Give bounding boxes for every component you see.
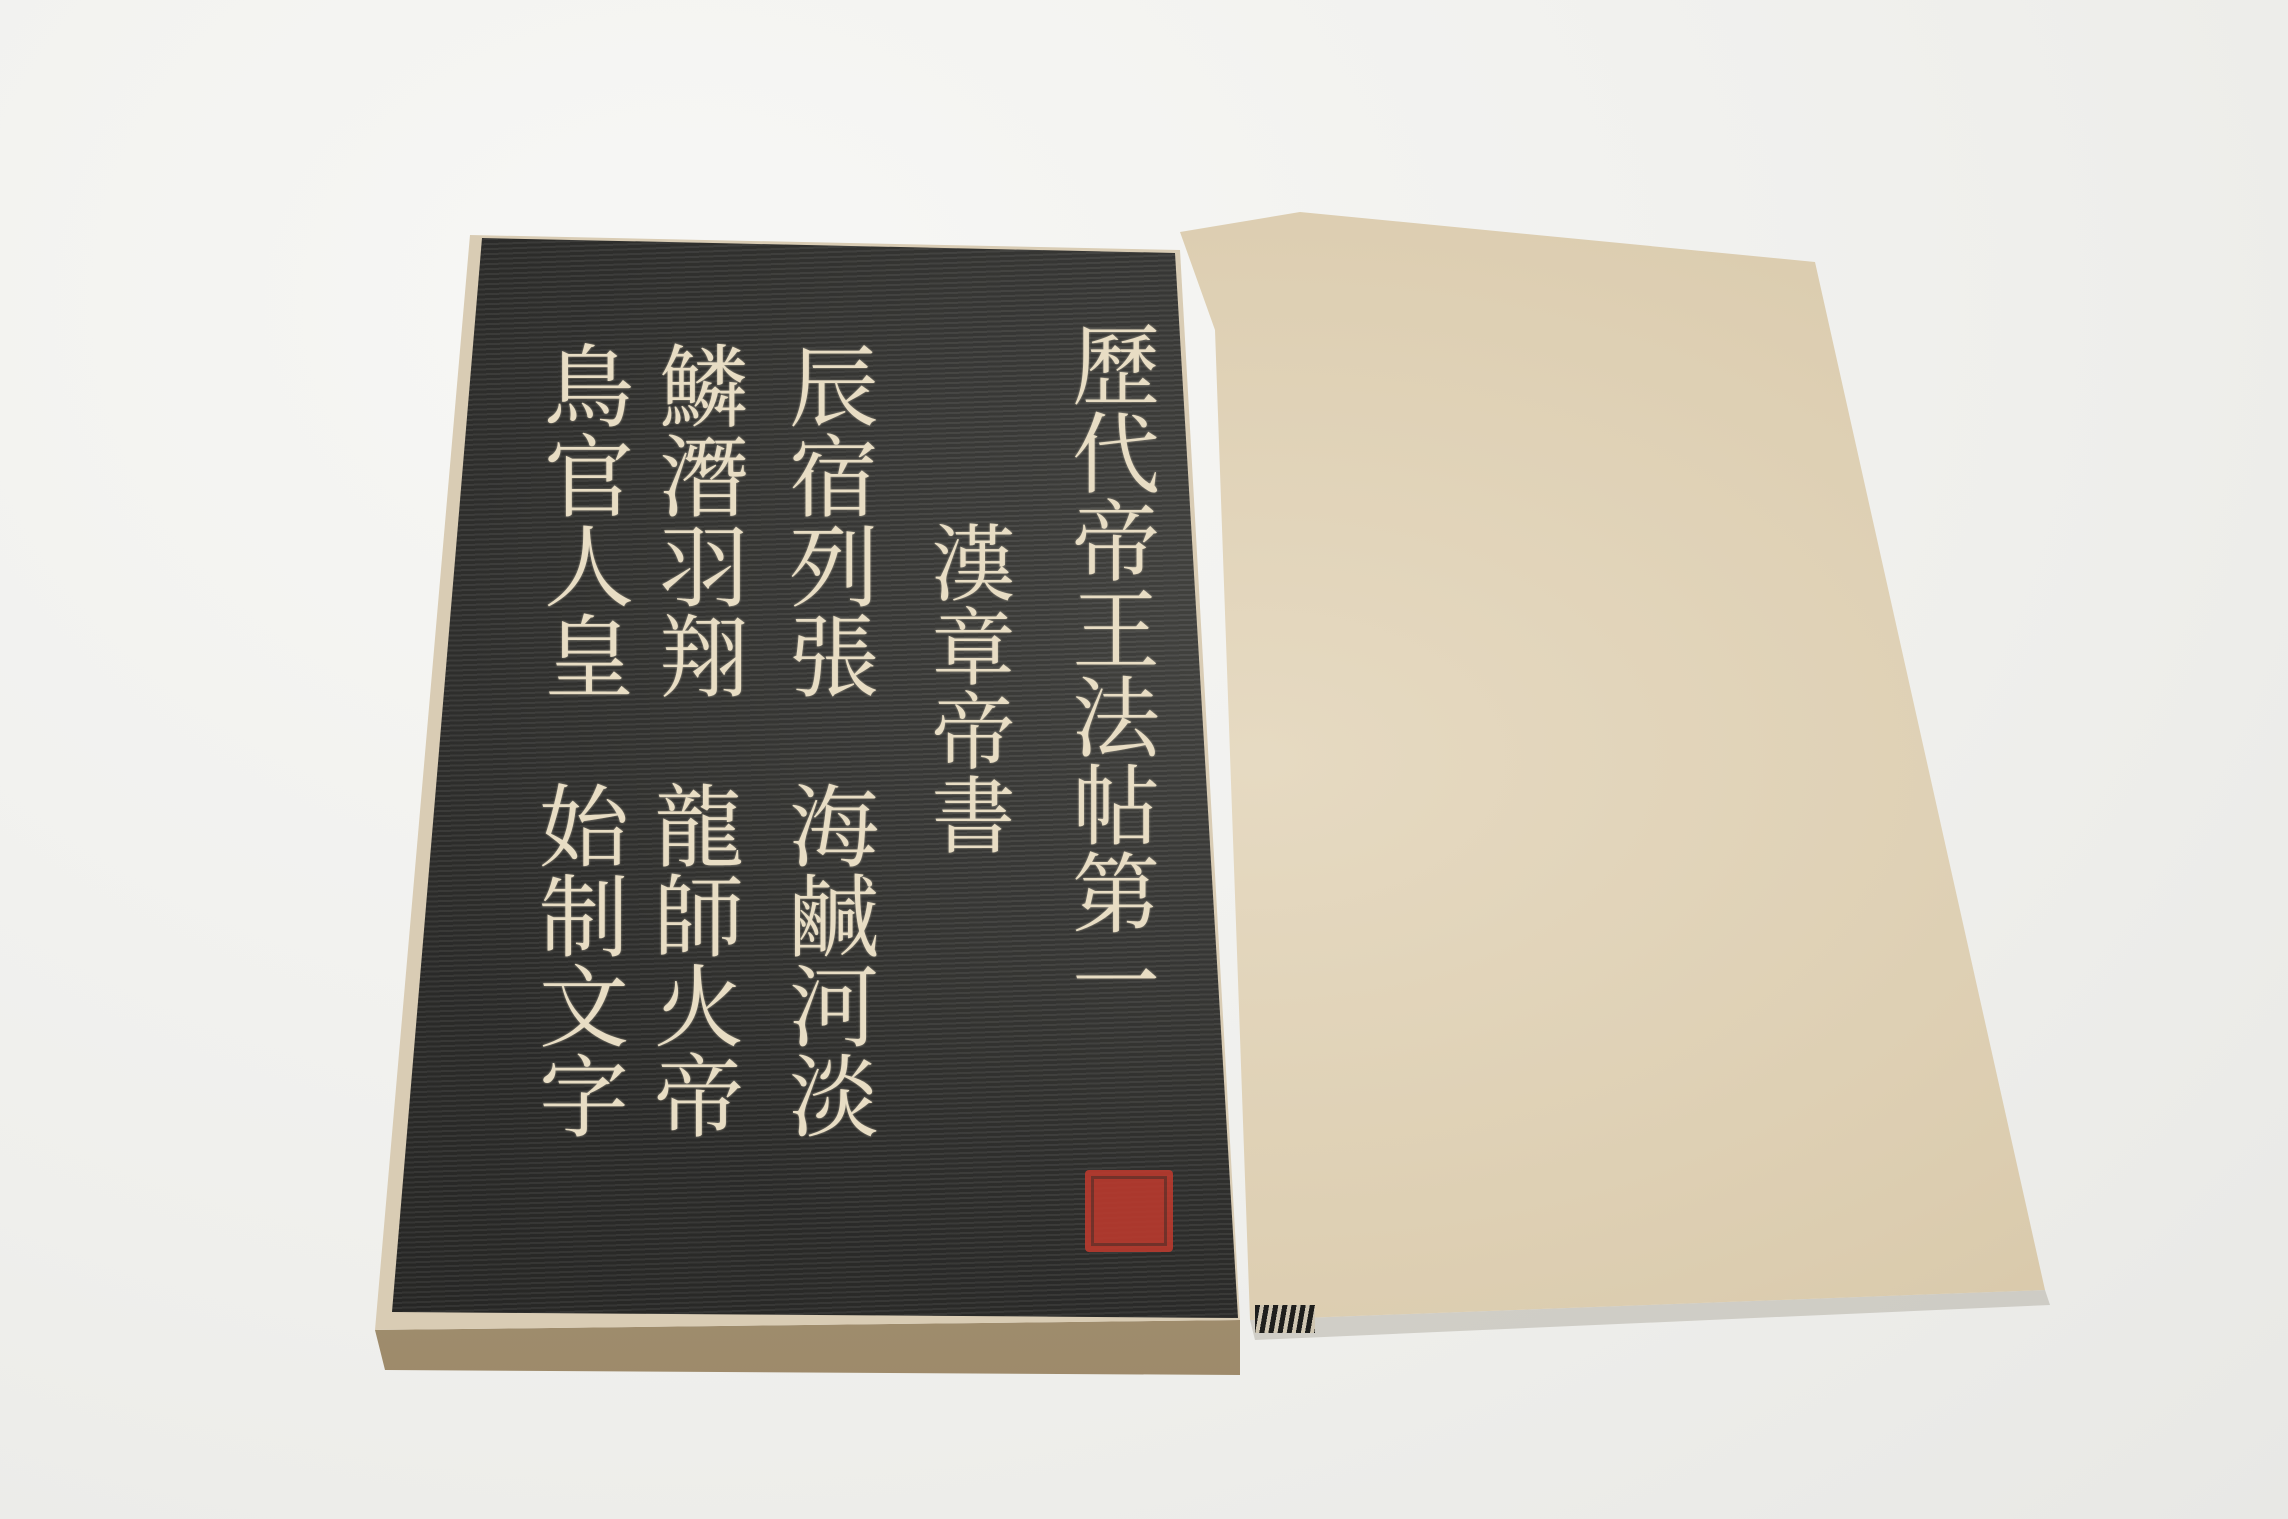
title-column: 歷代帝王法帖第一 [1060,320,1158,1024]
spine-binding-thread [1255,1305,1315,1333]
text-column-5: 鳥官人皇 [525,340,635,700]
text-column-4: 龍師火帝 [635,780,745,1140]
text-column-3: 鱗潛羽翔 [640,340,750,700]
text-column-2: 海鹹河淡 [770,780,880,1140]
open-book: 歷代帝王法帖第一 漢章帝書 辰宿列張 海鹹河淡 鱗潛羽翔 龍師火帝 鳥官人皇 始… [0,0,2288,1519]
red-seal-stamp [1085,1170,1173,1252]
text-column-6: 始制文字 [520,780,630,1140]
text-column-1: 辰宿列張 [770,340,880,700]
seal-border [1091,1176,1167,1246]
subtitle-column: 漢章帝書 [918,520,1016,856]
